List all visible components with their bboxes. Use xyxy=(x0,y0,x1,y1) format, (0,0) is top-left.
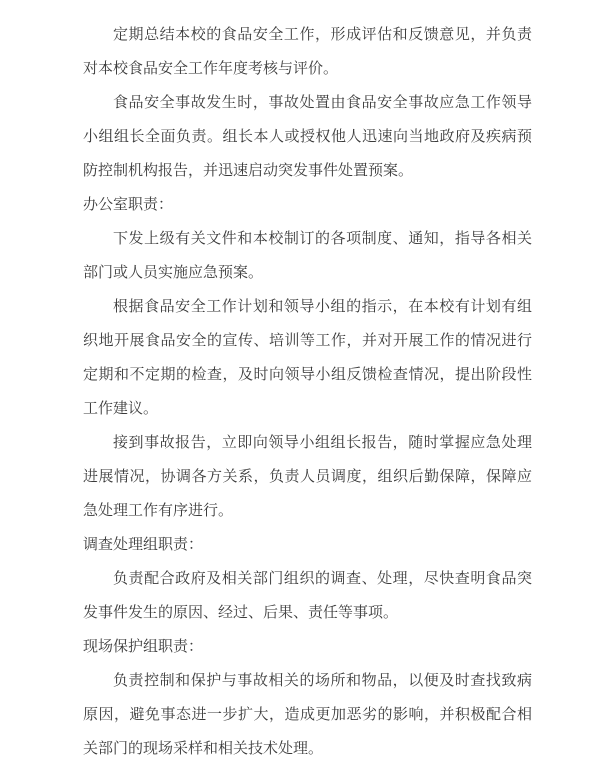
paragraph-report-coordination: 接到事故报告，立即向领导小组组长报告，随时掌握应急处理进展情况，协调各方关系，负… xyxy=(83,426,532,528)
paragraph-investigation-duties: 负责配合政府及相关部门组织的调查、处理，尽快查明食品突发事件发生的原因、经过、后… xyxy=(83,562,532,630)
paragraph-issue-documents: 下发上级有关文件和本校制订的各项制度、通知，指导各相关部门或人员实施应急预案。 xyxy=(83,222,532,290)
paragraph-duty-summary: 定期总结本校的食品安全工作，形成评估和反馈意见，并负责对本校食品安全工作年度考核… xyxy=(83,18,532,86)
paragraph-incident-response: 食品安全事故发生时，事故处置由食品安全事故应急工作领导小组组长全面负责。组长本人… xyxy=(83,86,532,188)
section-heading-site-protection-group: 现场保护组职责： xyxy=(83,630,532,664)
document-page: 定期总结本校的食品安全工作，形成评估和反馈意见，并负责对本校食品安全工作年度考核… xyxy=(0,0,616,773)
paragraph-site-protection-duties: 负责控制和保护与事故相关的场所和物品，以便及时查找致病原因，避免事态进一步扩大，… xyxy=(83,664,532,766)
paragraph-training-inspection: 根据食品安全工作计划和领导小组的指示，在本校有计划有组织地开展食品安全的宣传、培… xyxy=(83,290,532,426)
section-heading-investigation-group: 调查处理组职责： xyxy=(83,528,532,562)
section-heading-office-duties: 办公室职责： xyxy=(83,188,532,222)
